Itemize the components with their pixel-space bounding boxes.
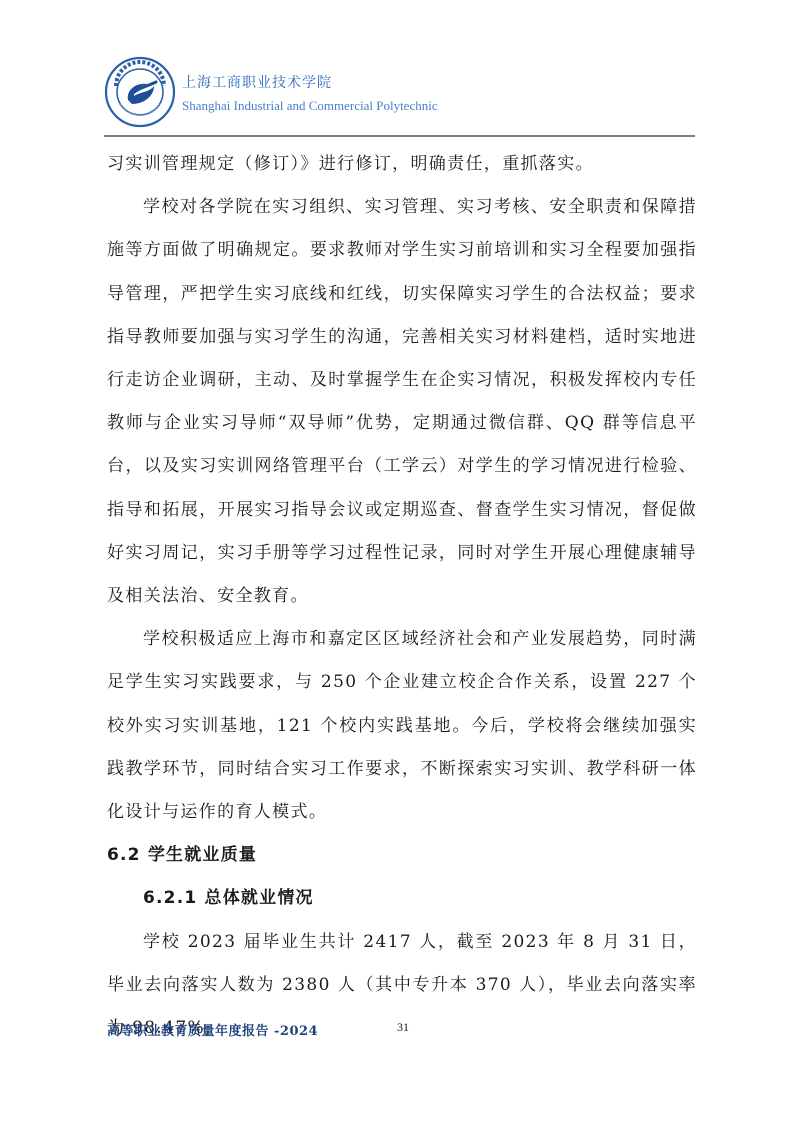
- body-paragraph-continued: 习实训管理规定（修订）》进行修订，明确责任，重抓落实。: [107, 143, 697, 186]
- school-name-chinese: 上海工商职业技术学院: [182, 72, 332, 92]
- subsection-heading: 6.2.1 总体就业情况: [107, 877, 697, 920]
- page-header: 上海工商职业技术学院 Shanghai Industrial and Comme…: [104, 56, 696, 136]
- school-name-english: Shanghai Industrial and Commercial Polyt…: [182, 98, 438, 114]
- body-paragraph-internship-bases: 学校积极适应上海市和嘉定区区域经济社会和产业发展趋势，同时满足学生实习实践要求，…: [107, 618, 697, 834]
- page-footer: 高等职业教育质量年度报告 -2024 31: [107, 1020, 697, 1044]
- body-paragraph-internship-management: 学校对各学院在实习组织、实习管理、实习考核、安全职责和保障措施等方面做了明确规定…: [107, 186, 697, 618]
- section-heading: 6.2 学生就业质量: [107, 834, 697, 877]
- document-body: 习实训管理规定（修订）》进行修订，明确责任，重抓落实。 学校对各学院在实习组织、…: [107, 143, 697, 1050]
- page-number: 31: [397, 1020, 409, 1035]
- school-emblem-icon: [104, 56, 176, 128]
- report-title: 高等职业教育质量年度报告 -2024: [107, 1020, 318, 1039]
- header-divider: [104, 135, 695, 137]
